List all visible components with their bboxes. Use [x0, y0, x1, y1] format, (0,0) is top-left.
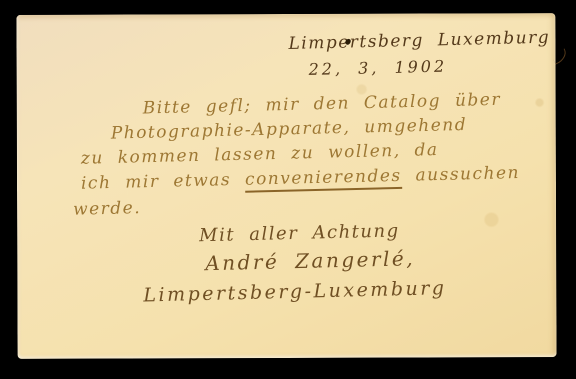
- body-line-4-post: aussuchen: [401, 163, 520, 186]
- postcard: Limpertsberg Luxemburg 22, 3, 1902 Bitte…: [16, 13, 556, 359]
- body-line-4-pre: ich mir etwas: [81, 170, 246, 194]
- body-line-3: zu kommen lassen zu wollen, da: [81, 140, 439, 169]
- signature: André Zangerlé,: [205, 246, 415, 275]
- pen-flourish: [551, 48, 569, 64]
- body-line-2: Photographie-Apparate, umgehend: [111, 115, 468, 144]
- date-line: 22, 3, 1902: [308, 57, 447, 79]
- signature-address: Limpertsberg-Luxemburg: [143, 277, 447, 306]
- underlined-word: convenierendes: [245, 166, 402, 193]
- place-line: Limpertsberg Luxemburg: [288, 28, 550, 54]
- closing-salutation: Mit aller Achtung: [199, 220, 400, 246]
- body-line-1: Bitte gefl; mir den Catalog über: [142, 90, 501, 119]
- body-line-4: ich mir etwas convenierendes aussuchen: [81, 163, 520, 194]
- body-line-5: werde.: [73, 198, 142, 220]
- scan-background: Limpertsberg Luxemburg 22, 3, 1902 Bitte…: [0, 0, 576, 379]
